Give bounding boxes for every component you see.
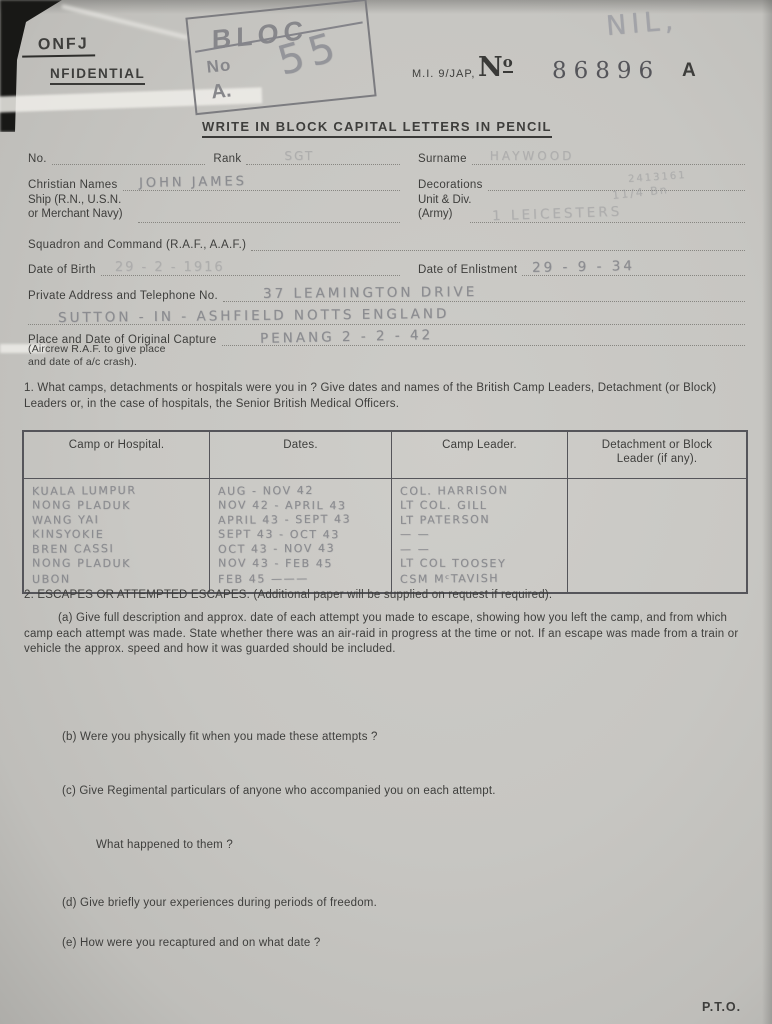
camps-table: Camp or Hospital. Dates. Camp Leader. De… xyxy=(22,430,748,594)
camps-table-header: Camp or Hospital. Dates. Camp Leader. De… xyxy=(24,432,746,479)
decorations-label: Decorations xyxy=(418,179,488,191)
surname-value: HAYWOOD xyxy=(490,149,575,163)
header-leader: Camp Leader. xyxy=(392,432,568,478)
unit-div-label-line2: (Army) xyxy=(418,208,471,222)
dob-line: 29 - 2 - 1916 xyxy=(101,261,400,276)
address-line-1: 37 LEAMINGTON DRIVE xyxy=(223,287,745,302)
camp-entry: WANG YAI xyxy=(32,512,203,528)
camp-column: KUALA LUMPUR NONG PLADUK WANG YAI KINSYO… xyxy=(24,479,210,592)
confidential-stamp-partial: NFIDENTIAL xyxy=(50,66,145,85)
unit-line: 1 LEICESTERS xyxy=(470,208,745,223)
capture-value: PENANG 2 - 2 - 42 xyxy=(259,327,432,347)
question-2e: (e) How were you recaptured and on what … xyxy=(62,936,742,952)
question-2c-followup: What happened to them ? xyxy=(96,838,696,854)
camp-entry: BREN CASSI xyxy=(32,541,203,557)
row-ship xyxy=(138,208,400,223)
dates-entry: APRIL 43 - SEPT 43 xyxy=(218,512,385,528)
header-block-leader: Detachment or Block Leader (if any). xyxy=(578,432,736,478)
question-2c: (c) Give Regimental particulars of anyon… xyxy=(62,784,742,800)
camp-entry: NONG PLADUK xyxy=(32,557,203,572)
no-n: N xyxy=(478,52,503,83)
no-line xyxy=(52,150,206,165)
address-value-1: 37 LEAMINGTON DRIVE xyxy=(263,284,477,302)
surname-label: Surname xyxy=(418,153,472,165)
unit-div-label-line1: Unit & Div. xyxy=(418,194,471,208)
dates-entry: OCT 43 - NOV 43 xyxy=(218,542,385,558)
row-unit: 1 LEICESTERS xyxy=(470,208,745,223)
ship-label-line2: or Merchant Navy) xyxy=(28,208,123,222)
block-stamp-letter: A. xyxy=(210,79,232,104)
capture-line: PENANG 2 - 2 - 42 xyxy=(222,331,745,346)
scanned-form-page: ONFJ NFIDENTIAL BLOC No A. 55 NIL, M.I. … xyxy=(0,0,772,1024)
squadron-label: Squadron and Command (R.A.F., A.A.F.) xyxy=(28,239,251,251)
row-dob: Date of Birth 29 - 2 - 1916 xyxy=(28,261,400,276)
ship-line xyxy=(138,208,400,223)
serial-number: 86896 xyxy=(552,58,660,84)
row-enlistment: Date of Enlistment 29 - 9 - 34 xyxy=(418,261,745,276)
form-title: WRITE IN BLOCK CAPITAL LETTERS IN PENCIL xyxy=(202,119,552,138)
row-squadron: Squadron and Command (R.A.F., A.A.F.) xyxy=(28,236,745,251)
no-o: o xyxy=(503,53,513,73)
header-dates: Dates. xyxy=(210,432,392,478)
block-leader-column xyxy=(568,479,746,592)
series-letter: A xyxy=(682,60,697,82)
serial-no-label: No xyxy=(478,52,513,83)
row-address-2: SUTTON - IN - ASHFIELD NOTTS ENGLAND xyxy=(28,310,745,325)
capture-sublabel-line2: and date of a/c crash). xyxy=(28,356,166,369)
dates-column: AUG - NOV 42 NOV 42 - APRIL 43 APRIL 43 … xyxy=(210,479,392,592)
row-surname: Surname HAYWOOD xyxy=(418,150,745,165)
address-line-2: SUTTON - IN - ASHFIELD NOTTS ENGLAND xyxy=(28,310,745,325)
unit-div-label: Unit & Div. (Army) xyxy=(418,194,471,221)
surname-line: HAYWOOD xyxy=(472,150,745,165)
camp-entry: NONG PLADUK xyxy=(32,498,203,513)
row-address: Private Address and Telephone No. 37 LEA… xyxy=(28,287,745,302)
ship-label-line1: Ship (R.N., U.S.N. xyxy=(28,194,123,208)
block-number-stamp: BLOC No A. 55 xyxy=(185,0,376,115)
camp-entry: KUALA LUMPUR xyxy=(32,483,203,499)
question-2b: (b) Were you physically fit when you mad… xyxy=(62,730,742,746)
dates-entry: FEB 45 ——— xyxy=(218,571,385,587)
scan-shadow-right xyxy=(762,0,772,1024)
enlistment-line: 29 - 9 - 34 xyxy=(522,261,745,276)
pto-footer: P.T.O. xyxy=(702,1000,741,1014)
leader-entry: CSM MᶜTAVISH xyxy=(400,571,561,587)
capture-sublabel-line1: (Aircrew R.A.F. to give place xyxy=(28,343,166,356)
address-label: Private Address and Telephone No. xyxy=(28,290,223,302)
enlistment-label: Date of Enlistment xyxy=(418,264,522,276)
christian-names-label: Christian Names xyxy=(28,179,123,191)
dates-entry: NOV 43 - FEB 45 xyxy=(218,557,385,572)
confidential-stamp-fragment: ONFJ xyxy=(22,35,95,57)
rank-label: Rank xyxy=(205,153,246,165)
row-no-rank: No. Rank SGT xyxy=(28,150,400,165)
dates-entry: NOV 42 - APRIL 43 xyxy=(218,498,385,513)
leader-entry: LT PATERSON xyxy=(400,512,561,528)
dob-value: 29 - 2 - 1916 xyxy=(115,260,225,275)
leader-entry: LT COL. GILL xyxy=(400,498,561,513)
address-value-2: SUTTON - IN - ASHFIELD NOTTS ENGLAND xyxy=(58,306,450,326)
camp-entry: UBON xyxy=(32,571,203,587)
question-2d: (d) Give briefly your experiences during… xyxy=(62,896,742,912)
dates-entry: AUG - NOV 42 xyxy=(218,483,385,499)
question-2a: (a) Give full description and approx. da… xyxy=(24,611,750,658)
question-2-heading: 2. ESCAPES OR ATTEMPTED ESCAPES. (Additi… xyxy=(24,588,746,604)
christian-names-value: JOHN JAMES xyxy=(138,174,246,191)
block-stamp-no-label: No xyxy=(206,55,233,77)
unit-value: 1 LEICESTERS xyxy=(492,204,623,225)
enlistment-value: 29 - 9 - 34 xyxy=(532,258,635,276)
leader-entry: LT COL TOOSEY xyxy=(400,557,561,572)
header-camp: Camp or Hospital. xyxy=(24,432,210,478)
rank-value: SGT xyxy=(284,149,314,163)
camps-table-body: KUALA LUMPUR NONG PLADUK WANG YAI KINSYO… xyxy=(24,479,746,592)
christian-names-line: JOHN JAMES xyxy=(123,176,401,191)
capture-sublabel: (Aircrew R.A.F. to give place and date o… xyxy=(28,343,166,368)
question-1: 1. What camps, detachments or hospitals … xyxy=(24,381,746,412)
ship-label: Ship (R.N., U.S.N. or Merchant Navy) xyxy=(28,194,123,221)
leader-entry: — — xyxy=(400,542,561,558)
leader-entry: COL. HARRISON xyxy=(400,483,561,499)
dept-reference: M.I. 9/JAP, xyxy=(412,68,475,80)
rank-line: SGT xyxy=(246,150,400,165)
squadron-line xyxy=(251,236,745,251)
leader-column: COL. HARRISON LT COL. GILL LT PATERSON —… xyxy=(392,479,568,592)
row-christian-names: Christian Names JOHN JAMES xyxy=(28,176,400,191)
no-label: No. xyxy=(28,153,52,165)
dob-label: Date of Birth xyxy=(28,264,101,276)
nil-annotation: NIL, xyxy=(605,5,679,42)
row-decorations: Decorations xyxy=(418,176,745,191)
